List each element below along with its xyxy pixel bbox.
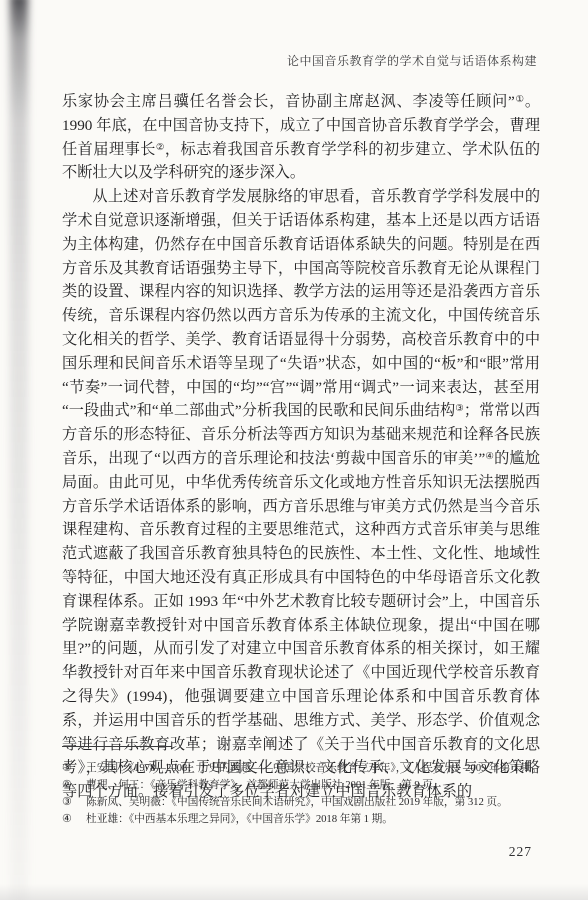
footnote-text: 杜亚雄：《中西基本乐理之异同》，《中国音乐学》2018 年第 1 期。 xyxy=(86,811,540,828)
footnote-item-3: ③ 陈新凤、吴明薇：《中国传统音乐民间术语研究》，中国戏剧出版社 2019 年版… xyxy=(62,794,540,811)
footnote-separator-rule xyxy=(62,746,172,747)
running-head-title: 论中国音乐教育学的学术自觉与话语体系构建 xyxy=(62,52,537,69)
footnote-item-1: ① 王安国：《1978—2008：历史的跨越——中国学校音乐教育三十年》，《人民… xyxy=(62,760,540,777)
footnote-ref-4: ④ xyxy=(485,452,494,462)
footnote-text: 陈新凤、吴明薇：《中国传统音乐民间术语研究》，中国戏剧出版社 2019 年版，第… xyxy=(86,794,540,811)
footnote-marker: ① xyxy=(62,760,86,777)
footnote-marker: ③ xyxy=(62,794,86,811)
body-paragraph-1: 乐家协会主席吕骥任名誉会长，音协副主席赵沨、李凌等任顾问”①。1990 年底，在… xyxy=(62,90,540,185)
body-text: 乐家协会主席吕骥任名誉会长，音协副主席赵沨、李凌等任顾问” xyxy=(62,93,515,110)
body-text: 从上述对音乐教育学发展脉络的审思看，音乐教育学学科发展中的学术自觉意识逐渐增强，… xyxy=(62,188,540,419)
footnote-marker: ④ xyxy=(62,811,86,828)
footnote-text: 曹理、何工：《音乐学科教育学》，首都师范大学出版社 2001 年版，第 9 页。 xyxy=(86,777,540,794)
footnote-ref-2: ② xyxy=(156,143,165,153)
footnote-item-2: ② 曹理、何工：《音乐学科教育学》，首都师范大学出版社 2001 年版，第 9 … xyxy=(62,777,540,794)
footnote-marker: ② xyxy=(62,777,86,794)
scan-bottom-edge xyxy=(0,884,588,900)
footnotes-section: ① 王安国：《1978—2008：历史的跨越——中国学校音乐教育三十年》，《人民… xyxy=(62,746,540,828)
footnote-item-4: ④ 杜亚雄：《中西基本乐理之异同》，《中国音乐学》2018 年第 1 期。 xyxy=(62,811,540,828)
footnote-ref-1: ① xyxy=(515,95,525,105)
page-number: 227 xyxy=(509,844,532,860)
body-paragraph-2: 从上述对音乐教育学发展脉络的审思看，音乐教育学学科发展中的学术自觉意识逐渐增强，… xyxy=(62,185,540,804)
footnote-ref-3: ③ xyxy=(455,404,464,414)
book-page: 论中国音乐教育学的学术自觉与话语体系构建 乐家协会主席吕骥任名誉会长，音协副主席… xyxy=(0,0,588,900)
scan-spine-shadow xyxy=(10,0,28,900)
footnote-text: 王安国：《1978—2008：历史的跨越——中国学校音乐教育三十年》，《人民音乐… xyxy=(86,760,542,777)
page-body: 乐家协会主席吕骥任名誉会长，音协副主席赵沨、李凌等任顾问”①。1990 年底，在… xyxy=(62,90,540,804)
